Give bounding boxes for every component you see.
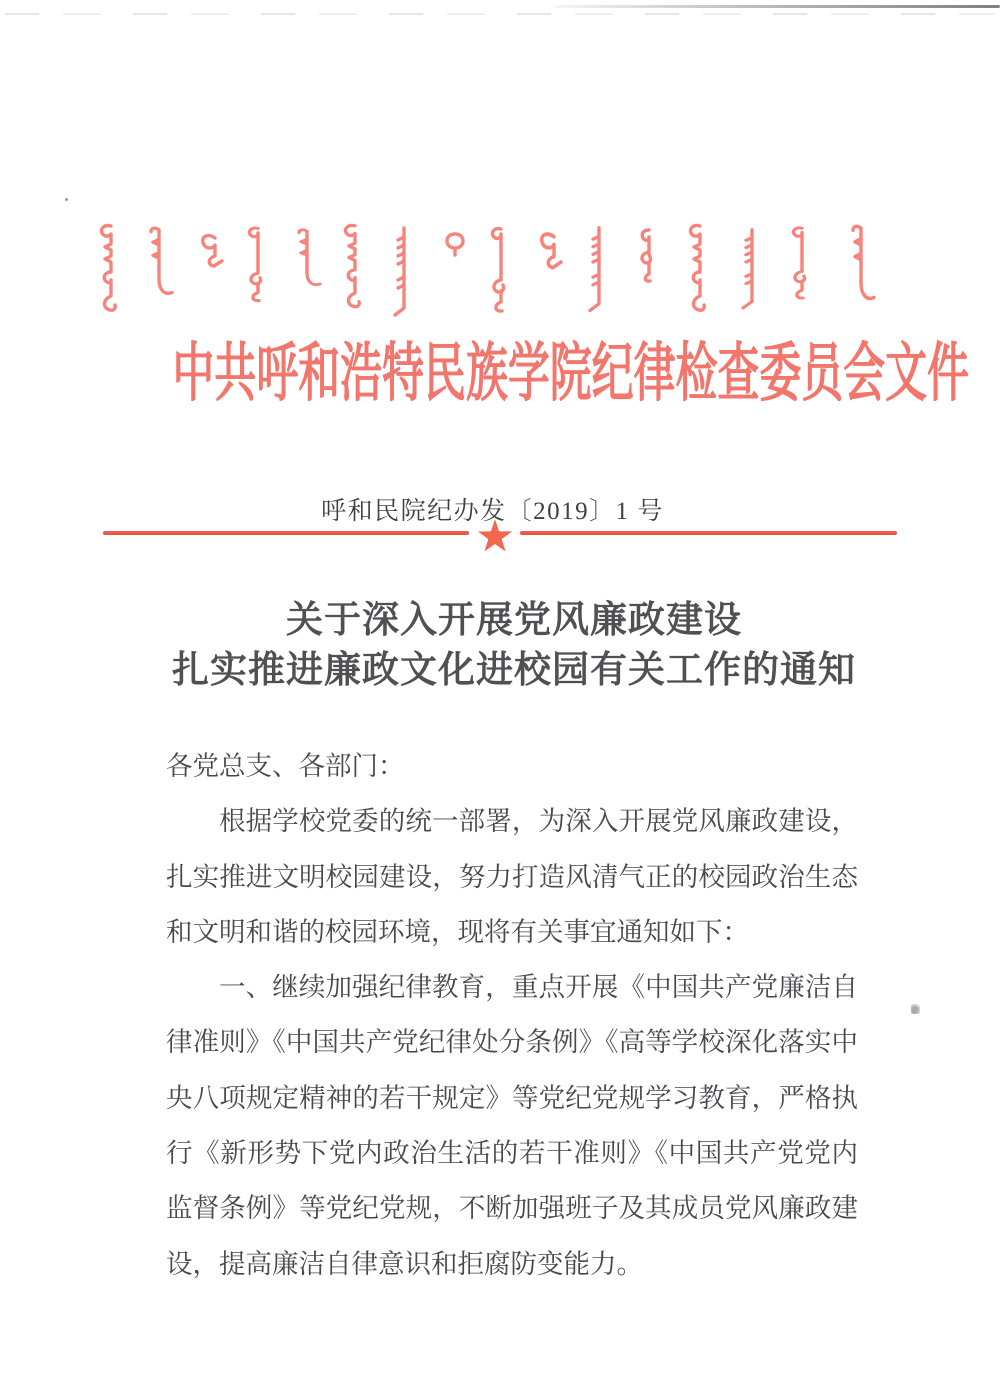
document-body: 各党总支、各部门： 根据学校党委的统一部署，为深入开展党风廉政建设，扎实推进文明… [166,739,858,1292]
document-title-line1: 关于深入开展党风廉政建设 [14,595,1000,645]
red-divider-line-right [520,531,897,535]
red-divider-line-left [103,531,469,535]
document-title: 关于深入开展党风廉政建设 扎实推进廉政文化进校园有关工作的通知 [14,595,1000,695]
scan-artifact-speck [911,1004,920,1014]
scan-artifact-dashes [5,13,995,15]
org-title: 中共呼和浩特民族学院纪律检查委员会文件 [173,322,828,414]
mongolian-script-row [90,220,900,325]
star-icon [473,515,517,559]
scanned-document-page: 中共呼和浩特民族学院纪律检查委员会文件 呼和民院纪办发〔2019〕1 号 关于深… [0,0,1000,1375]
body-paragraph-1: 根据学校党委的统一部署，为深入开展党风廉政建设，扎实推进文明校园建设，努力打造风… [166,794,858,960]
body-paragraph-2: 一、继续加强纪律教育，重点开展《中国共产党廉洁自律准则》《中国共产党纪律处分条例… [166,960,858,1292]
document-title-line2: 扎实推进廉政文化进校园有关工作的通知 [14,645,1000,695]
scan-artifact-dot [65,198,68,201]
salutation: 各党总支、各部门： [166,739,858,794]
scan-artifact-top-line [555,5,1000,8]
